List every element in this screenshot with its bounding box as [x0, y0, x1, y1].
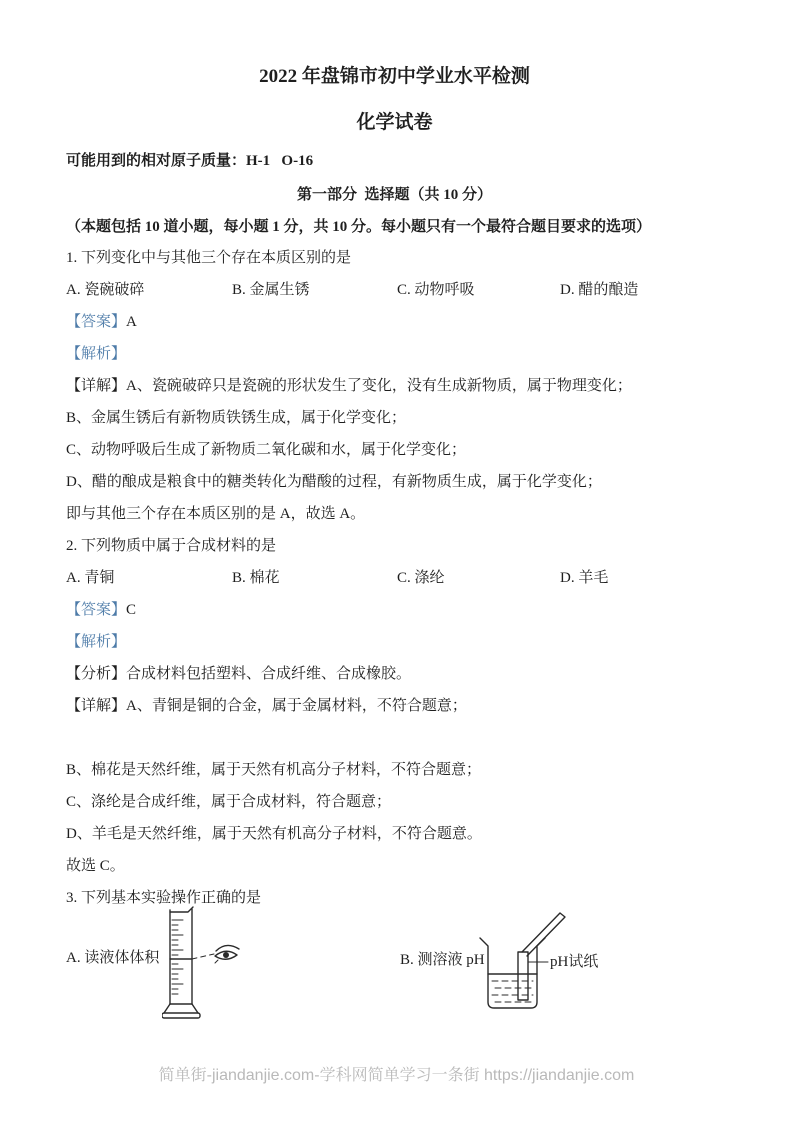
paper-subject-title: 化学试卷 — [66, 110, 723, 136]
ph-paper-strip — [518, 952, 528, 1000]
question-1-stem: 1. 下列变化中与其他三个存在本质区别的是 — [66, 242, 723, 274]
document-content: 2022 年盘锦市初中学业水平检测 化学试卷 可能用到的相对原子质量：H-1 O… — [0, 0, 793, 1030]
question-1-detail-line: C、动物呼吸后生成了新物质二氧化碳和水，属于化学变化； — [66, 434, 723, 466]
figure-b-label: B. 测溶液 pH — [400, 948, 485, 969]
question-2-stem: 2. 下列物质中属于合成材料的是 — [66, 530, 723, 562]
answer-value: C — [126, 602, 136, 618]
question-1-answer-line: 【答案】A — [66, 306, 723, 338]
analysis-label: 【解析】 — [66, 626, 723, 658]
question-2-analysis: 【分析】合成材料包括塑料、合成纤维、合成橡胶。 — [66, 658, 723, 690]
question-1-option-c: C. 动物呼吸 — [397, 274, 560, 306]
graduated-cylinder — [162, 907, 200, 1018]
question-2-detail-line: D、羊毛是天然纤维，属于天然有机高分子材料，不符合题意。 — [66, 818, 723, 850]
exam-title: 2022 年盘锦市初中学业水平检测 — [66, 64, 723, 90]
question-1-conclusion: 即与其他三个存在本质区别的是 A，故选 A。 — [66, 498, 723, 530]
section-heading: 第一部分 选择题（共 10 分） — [66, 184, 723, 206]
footer-watermark: 简单街-jiandanjie.com-学科网简单学习一条街 https://ji… — [0, 1062, 793, 1085]
question-2-option-b: B. 棉花 — [232, 562, 397, 594]
question-1-options: A. 瓷碗破碎 B. 金属生锈 C. 动物呼吸 D. 醋的酿造 — [66, 274, 723, 306]
answer-value: A — [126, 314, 137, 330]
ph-paper-label: pH试纸 — [550, 950, 598, 971]
eye-icon — [215, 945, 239, 963]
atomic-mass-note: 可能用到的相对原子质量：H-1 O-16 — [66, 150, 723, 172]
question-1-option-b: B. 金属生锈 — [232, 274, 397, 306]
question-2-conclusion: 故选 C。 — [66, 850, 723, 882]
question-1-option-d: D. 醋的酿造 — [560, 274, 638, 306]
analysis-label: 【解析】 — [66, 338, 723, 370]
exam-document-page: 2022 年盘锦市初中学业水平检测 化学试卷 可能用到的相对原子质量：H-1 O… — [0, 0, 793, 1122]
beaker-ph-figure — [476, 912, 636, 1030]
figure-a-label: A. 读液体体积 — [66, 946, 159, 967]
question-2-detail-line: 【详解】A、青铜是铜的合金，属于金属材料，不符合题意； — [66, 690, 723, 722]
graduated-cylinder-figure — [162, 904, 252, 1026]
question-2-detail-line: C、涤纶是合成纤维，属于合成材料，符合题意； — [66, 786, 723, 818]
question-2-option-d: D. 羊毛 — [560, 562, 608, 594]
question-1-detail-line: D、醋的酿成是粮食中的糖类转化为醋酸的过程，有新物质生成，属于化学变化； — [66, 466, 723, 498]
question-1-option-a: A. 瓷碗破碎 — [66, 274, 232, 306]
question-2-option-a: A. 青铜 — [66, 562, 232, 594]
question-3-figures: A. 读液体体积 — [66, 910, 723, 1030]
sight-dashed-line — [192, 954, 214, 959]
section-note: （本题包括 10 道小题，每小题 1 分，共 10 分。每小题只有一个最符合题目… — [66, 216, 723, 238]
question-1-detail-line: 【详解】A、瓷碗破碎只是瓷碗的形状发生了变化，没有生成新物质，属于物理变化； — [66, 370, 723, 402]
question-2-answer-line: 【答案】C — [66, 594, 723, 626]
question-2-option-c: C. 涤纶 — [397, 562, 560, 594]
answer-label: 【答案】 — [66, 314, 126, 330]
question-1-detail-line: B、金属生锈后有新物质铁锈生成，属于化学变化； — [66, 402, 723, 434]
answer-label: 【答案】 — [66, 602, 126, 618]
question-2-options: A. 青铜 B. 棉花 C. 涤纶 D. 羊毛 — [66, 562, 723, 594]
question-2-detail-line: B、棉花是天然纤维，属于天然有机高分子材料，不符合题意； — [66, 754, 723, 786]
